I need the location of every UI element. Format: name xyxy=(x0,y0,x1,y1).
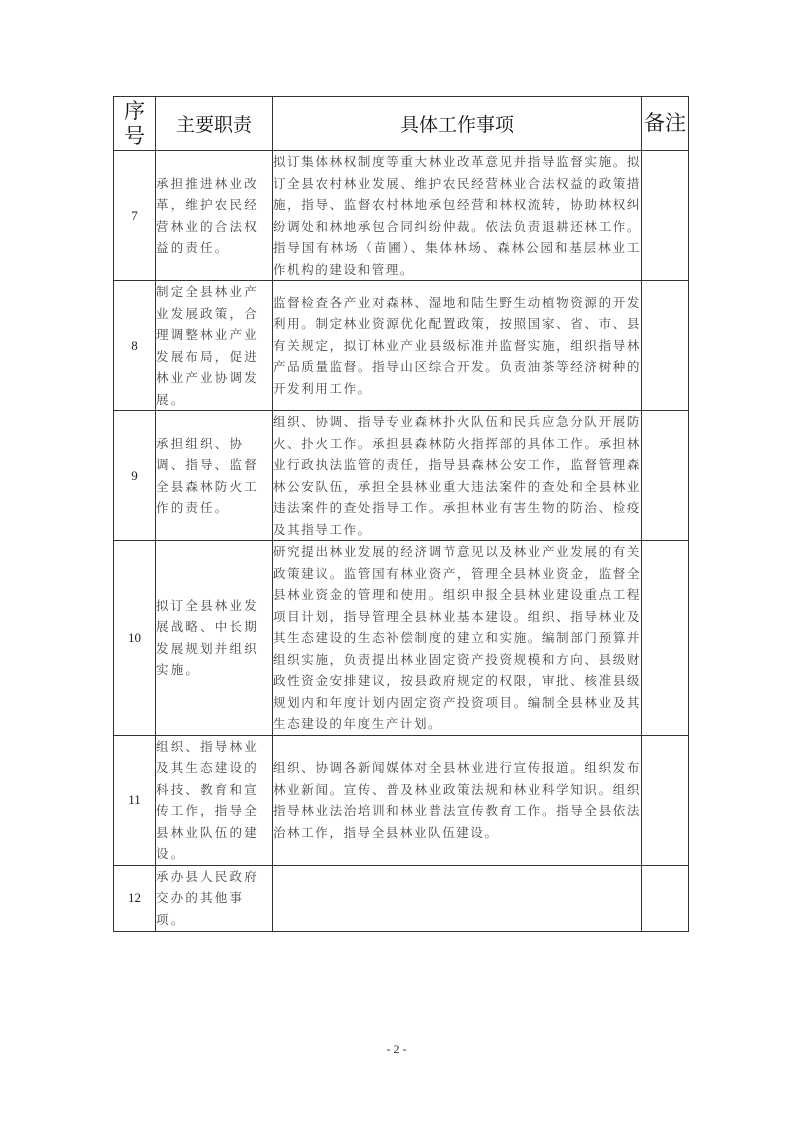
row-duty: 承办县人民政府交办的其他事项。 xyxy=(156,865,273,931)
table-row: 8 制定全县林业产业发展政策，合理调整林业产业发展布局，促进林业产业协调发展。 … xyxy=(114,281,689,411)
row-items: 监督检查各产业对森林、湿地和陆生野生动植物资源的开发利用。制定林业资源优化配置政… xyxy=(273,281,642,411)
row-no: 11 xyxy=(114,735,156,865)
row-note xyxy=(642,865,689,931)
row-duty: 拟订全县林业发展战略、中长期发展规划并组织实施。 xyxy=(156,541,273,736)
row-items: 拟订集体林权制度等重大林业改革意见并指导监督实施。拟订全县农村林业发展、维护农民… xyxy=(273,151,642,281)
row-duty: 制定全县林业产业发展政策，合理调整林业产业发展布局，促进林业产业协调发展。 xyxy=(156,281,273,411)
row-no: 10 xyxy=(114,541,156,736)
row-items xyxy=(273,865,642,931)
row-duty: 组织、指导林业及其生态建设的科技、教育和宣传工作，指导全县林业队伍的建设。 xyxy=(156,735,273,865)
row-no: 8 xyxy=(114,281,156,411)
row-duty: 承担组织、协调、指导、监督全县森林防火工作的责任。 xyxy=(156,411,273,541)
row-no: 12 xyxy=(114,865,156,931)
row-no: 9 xyxy=(114,411,156,541)
row-no: 7 xyxy=(114,151,156,281)
row-items: 组织、协调、指导专业森林扑火队伍和民兵应急分队开展防火、扑火工作。承担县森林防火… xyxy=(273,411,642,541)
duties-table: 序号 主要职责 具体工作事项 备注 7 承担推进林业改革，维护农民经营林业的合法… xyxy=(113,96,689,932)
table-row: 11 组织、指导林业及其生态建设的科技、教育和宣传工作，指导全县林业队伍的建设。… xyxy=(114,735,689,865)
row-note xyxy=(642,541,689,736)
table-row: 10 拟订全县林业发展战略、中长期发展规划并组织实施。 研究提出林业发展的经济调… xyxy=(114,541,689,736)
row-items: 研究提出林业发展的经济调节意见以及林业产业发展的有关政策建议。监管国有林业资产，… xyxy=(273,541,642,736)
page-number: - 2 - xyxy=(0,1042,793,1057)
table-header-row: 序号 主要职责 具体工作事项 备注 xyxy=(114,97,689,151)
table-row: 9 承担组织、协调、指导、监督全县森林防火工作的责任。 组织、协调、指导专业森林… xyxy=(114,411,689,541)
row-note xyxy=(642,735,689,865)
header-items: 具体工作事项 xyxy=(273,97,642,151)
row-duty: 承担推进林业改革，维护农民经营林业的合法权益的责任。 xyxy=(156,151,273,281)
row-note xyxy=(642,411,689,541)
header-no: 序号 xyxy=(114,97,156,151)
header-duty: 主要职责 xyxy=(156,97,273,151)
row-note xyxy=(642,151,689,281)
table-row: 7 承担推进林业改革，维护农民经营林业的合法权益的责任。 拟订集体林权制度等重大… xyxy=(114,151,689,281)
header-note: 备注 xyxy=(642,97,689,151)
row-note xyxy=(642,281,689,411)
table-row: 12 承办县人民政府交办的其他事项。 xyxy=(114,865,689,931)
row-items: 组织、协调各新闻媒体对全县林业进行宣传报道。组织发布林业新闻。宣传、普及林业政策… xyxy=(273,735,642,865)
